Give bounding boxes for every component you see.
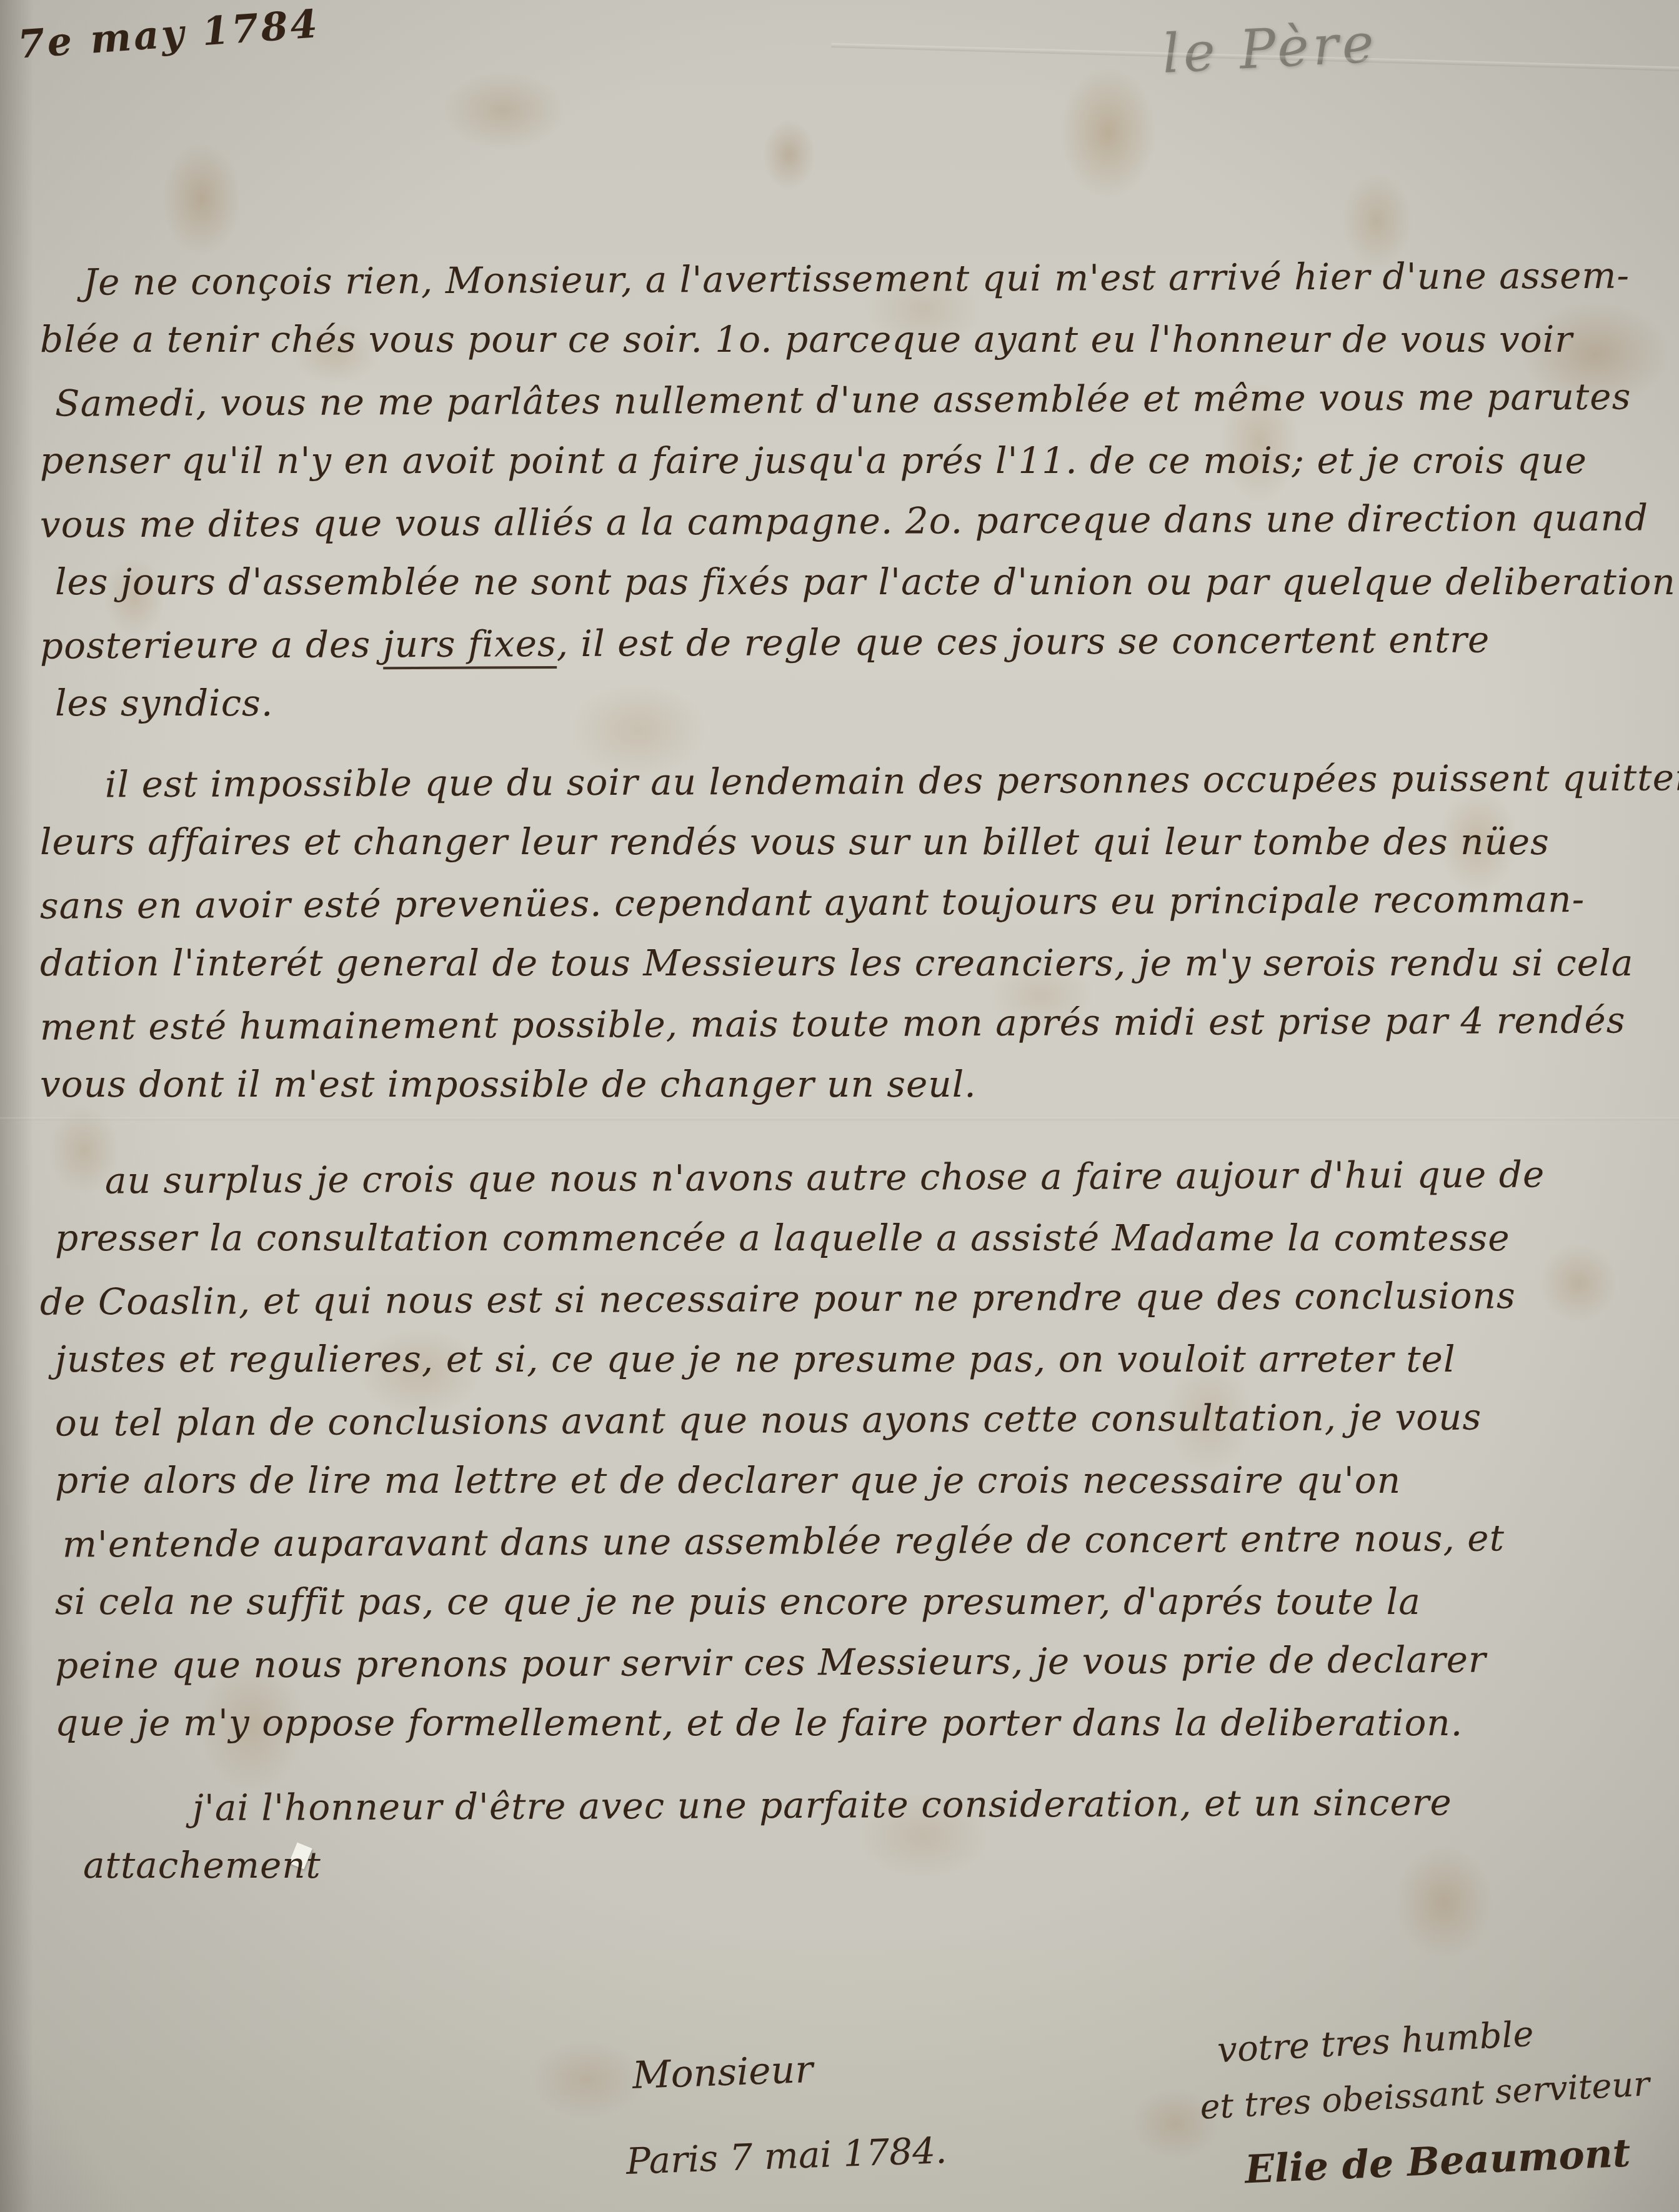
closing-salutation: Monsieur — [632, 2048, 814, 2098]
letter-line: sans en avoir esté prevenües. cependant … — [40, 869, 1660, 936]
letter-line: ou tel plan de conclusions avant que nou… — [55, 1386, 1660, 1453]
pencil-annotation: le Père — [1161, 12, 1379, 86]
letter-line: Samedi, vous ne me parlâtes nullement d'… — [55, 366, 1660, 434]
letter-line: j'ai l'honneur d'être avec une parfaite … — [192, 1771, 1660, 1838]
letter-line: posterieure a des jurs fixes, il est de … — [40, 609, 1660, 676]
signature: Elie de Beaumont — [1244, 2130, 1632, 2193]
letter-line: ment esté humainement possible, mais tou… — [40, 990, 1660, 1057]
letter-line: les syndics. — [55, 673, 1660, 734]
letter-line: les jours d'assemblée ne sont pas fixés … — [55, 552, 1660, 612]
valediction-line-1: votre tres humble — [1217, 2014, 1535, 2071]
underlined-phrase: jurs fixes — [382, 622, 556, 669]
letter-line: leurs affaires et changer leur rendés vo… — [40, 812, 1660, 872]
letter-line: si cela ne suffit pas, ce que je ne puis… — [55, 1572, 1660, 1632]
letter-line: justes et regulieres, et si, ce que je n… — [55, 1329, 1660, 1390]
closing-place-date: Paris 7 mai 1784. — [625, 2129, 947, 2183]
letter-line: que je m'y oppose formellement, et de le… — [55, 1693, 1660, 1753]
letter-line: peine que nous prenons pour servir ces M… — [55, 1628, 1660, 1696]
letter-line: presser la consultation commencée a laqu… — [55, 1208, 1660, 1268]
letter-line: Je ne conçois rien, Monsieur, a l'averti… — [83, 245, 1660, 312]
letter-line: vous me dites que vous alliés a la campa… — [40, 487, 1660, 555]
letter-line: penser qu'il n'y en avoit point a faire … — [40, 431, 1660, 491]
letter-line: vous dont il m'est impossible de changer… — [40, 1054, 1660, 1115]
letter-line: de Coaslin, et qui nous est si necessair… — [40, 1265, 1660, 1332]
line-segment: , il est de regle que ces jours se conce… — [557, 619, 1490, 665]
valediction-line-2: et tres obeissant serviteur — [1199, 2064, 1651, 2127]
date-annotation: 7e may 1784 — [16, 1, 321, 67]
letter-page: 7e may 1784 le Père Je ne conçois rien, … — [0, 0, 1679, 2212]
letter-line: dation l'interét general de tous Messieu… — [40, 933, 1660, 994]
line-segment: posterieure a des — [40, 623, 383, 667]
letter-line: m'entende auparavant dans une assemblée … — [62, 1507, 1660, 1575]
letter-line: prie alors de lire ma lettre et de decla… — [55, 1450, 1660, 1511]
letter-line: il est impossible que du soir au lendema… — [105, 748, 1660, 815]
letter-line: au surplus je crois que nous n'avons aut… — [105, 1144, 1660, 1212]
letter-line: blée a tenir chés vous pour ce soir. 1o.… — [40, 309, 1660, 370]
letter-body: Je ne conçois rien, Monsieur, a l'averti… — [36, 249, 1660, 1896]
letter-line: attachement — [83, 1835, 1660, 1896]
